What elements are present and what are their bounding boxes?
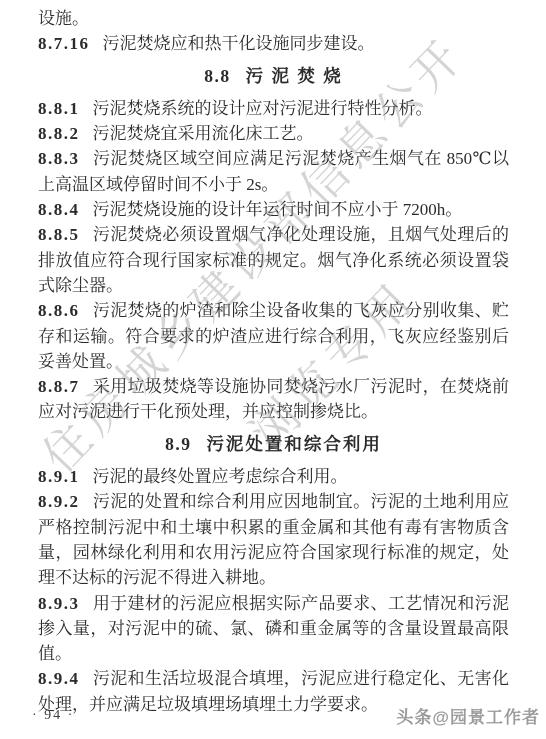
- clause-number: 8.7.16: [38, 34, 90, 53]
- clause-number: 8.9.4: [38, 669, 80, 688]
- clause-number: 8.9.1: [38, 467, 80, 486]
- clause-number: 8.9.2: [38, 492, 80, 511]
- clause-paragraph: 8.8.5污泥焚烧必须设置烟气净化处理设施，且烟气处理后的排放值应符合现行国家标…: [38, 222, 509, 298]
- clause-text: 设施。: [38, 9, 89, 28]
- clause-number: 8.8.1: [38, 99, 80, 118]
- clause-text: 污泥焚烧宜采用流化床工艺。: [93, 124, 314, 143]
- clause-paragraph: 8.9.2污泥的处置和综合利用应因地制宜。污泥的土地利用应严格控制污泥中和土壤中…: [38, 489, 509, 590]
- section-heading: 8.8污 泥 焚 烧: [38, 64, 509, 89]
- clause-paragraph: 8.9.3用于建材的污泥应根据实际产品要求、工艺情况和污泥掺入量，对污泥中的硫、…: [38, 591, 509, 667]
- clause-paragraph: 8.8.3污泥焚烧区域空间应满足污泥焚烧产生烟气在 850℃以上高温区域停留时间…: [38, 146, 509, 197]
- clause-text: 污泥的最终处置应考虑综合利用。: [93, 467, 348, 486]
- clause-number: 8.9.3: [38, 594, 80, 613]
- clause-text: 用于建材的污泥应根据实际产品要求、工艺情况和污泥掺入量，对污泥中的硫、氯、磷和重…: [38, 594, 509, 664]
- clause-paragraph: 8.9.1污泥的最终处置应考虑综合利用。: [38, 464, 509, 489]
- clause-number: 8.8.6: [38, 301, 80, 320]
- clause-text: 污泥焚烧设施的设计年运行时间不应小于 7200h。: [93, 200, 463, 219]
- clause-text: 污泥焚烧必须设置烟气净化处理设施，且烟气处理后的排放值应符合现行国家标准的规定。…: [38, 225, 509, 295]
- section-heading: 8.9污泥处置和综合利用: [38, 432, 509, 457]
- clause-paragraph: 8.7.16污泥焚烧应和热干化设施同步建设。: [38, 31, 509, 56]
- section-number: 8.8: [204, 66, 230, 86]
- clause-paragraph: 8.8.6污泥焚烧的炉渣和除尘设备收集的飞灰应分别收集、贮存和运输。符合要求的炉…: [38, 298, 509, 374]
- clause-text: 采用垃圾焚烧等设施协同焚烧污水厂污泥时，在焚烧前应对污泥进行干化预处理，并应控制…: [38, 377, 509, 421]
- clause-number: 8.8.3: [38, 149, 80, 168]
- document-content: 设施。8.7.16污泥焚烧应和热干化设施同步建设。8.8污 泥 焚 烧8.8.1…: [38, 6, 509, 717]
- clause-number: 8.8.4: [38, 200, 80, 219]
- clause-number: 8.8.5: [38, 225, 80, 244]
- continuation-paragraph: 设施。: [38, 6, 509, 31]
- section-title: 污泥处置和综合利用: [206, 434, 382, 454]
- clause-text: 污泥焚烧应和热干化设施同步建设。: [103, 34, 375, 53]
- page-number: · 94 ·: [32, 708, 74, 724]
- clause-number: 8.8.7: [38, 377, 80, 396]
- document-page: 住房城乡建设部信息公开 浏览专用 设施。8.7.16污泥焚烧应和热干化设施同步建…: [0, 0, 546, 739]
- clause-number: 8.8.2: [38, 124, 80, 143]
- clause-text: 污泥焚烧系统的设计应对污泥进行特性分析。: [93, 99, 433, 118]
- section-number: 8.9: [165, 434, 191, 454]
- section-title: 污 泥 焚 烧: [246, 66, 343, 86]
- clause-paragraph: 8.8.1污泥焚烧系统的设计应对污泥进行特性分析。: [38, 96, 509, 121]
- clause-text: 污泥的处置和综合利用应因地制宜。污泥的土地利用应严格控制污泥中和土壤中积累的重金…: [38, 492, 509, 587]
- clause-text: 污泥焚烧的炉渣和除尘设备收集的飞灰应分别收集、贮存和运输。符合要求的炉渣应进行综…: [38, 301, 509, 371]
- clause-paragraph: 8.8.7采用垃圾焚烧等设施协同焚烧污水厂污泥时，在焚烧前应对污泥进行干化预处理…: [38, 374, 509, 425]
- credit-watermark: 头条@园景工作者: [396, 703, 540, 728]
- clause-text: 污泥焚烧区域空间应满足污泥焚烧产生烟气在 850℃以上高温区域停留时间不小于 2…: [38, 149, 509, 193]
- clause-paragraph: 8.8.4污泥焚烧设施的设计年运行时间不应小于 7200h。: [38, 197, 509, 222]
- clause-paragraph: 8.8.2污泥焚烧宜采用流化床工艺。: [38, 121, 509, 146]
